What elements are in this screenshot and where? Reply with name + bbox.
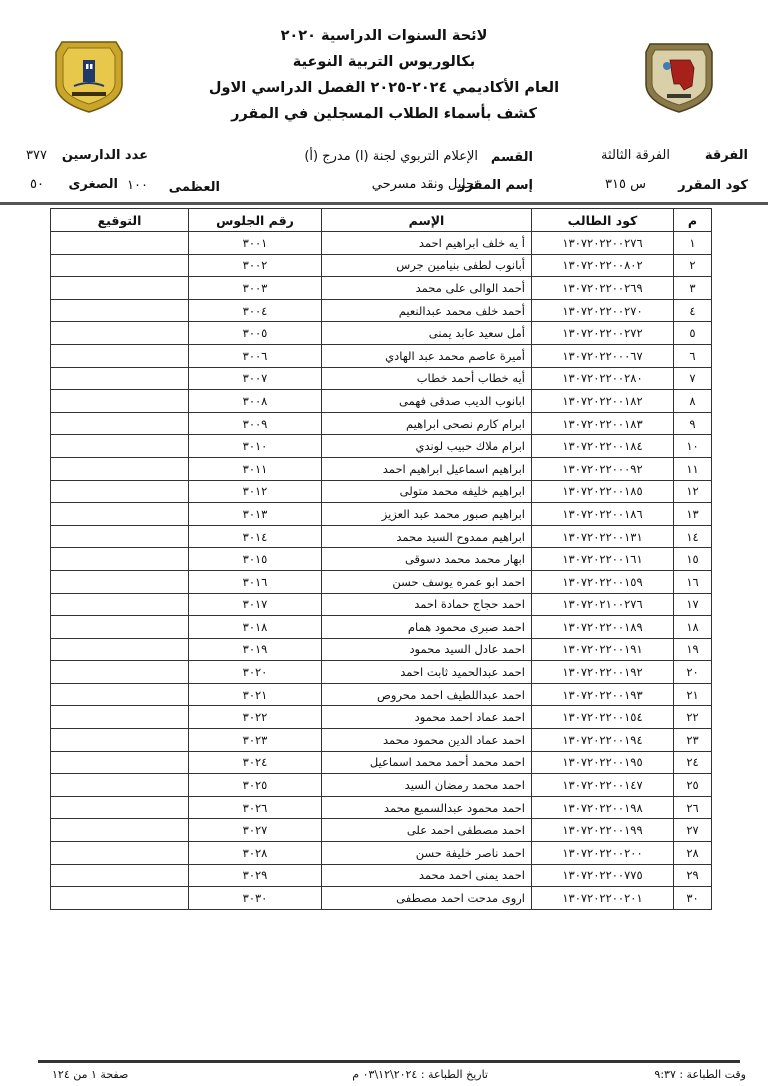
row-index: ١	[674, 232, 712, 255]
seat-number: ٣٠٢٢	[189, 706, 322, 729]
seat-number: ٣٠٢٩	[189, 864, 322, 887]
signature-cell	[51, 751, 189, 774]
signature-cell	[51, 819, 189, 842]
student-name: أيه خطاب أحمد خطاب	[322, 367, 532, 390]
seat-number: ٣٠١٣	[189, 503, 322, 526]
row-index: ١٢	[674, 480, 712, 503]
student-name: أمل سعيد عابد يمنى	[322, 322, 532, 345]
row-index: ٢١	[674, 683, 712, 706]
count-label: عدد الدارسين	[62, 148, 148, 163]
student-name: أحمد خلف محمد عبدالنعيم	[322, 299, 532, 322]
level-value: الفرقة الثالثة	[601, 148, 670, 163]
footer-separator	[38, 1060, 740, 1063]
student-name: احمد صبرى محمود همام	[322, 616, 532, 639]
signature-cell	[51, 457, 189, 480]
row-index: ١٧	[674, 593, 712, 616]
student-code: ١٣٠٧٢٠٢٢٠٠٠٦٧	[532, 344, 674, 367]
signature-cell	[51, 887, 189, 910]
table-row: ١٧١٣٠٧٢٠٢١٠٠٢٧٦احمد حجاج حمادة احمد٣٠١٧	[51, 593, 712, 616]
table-row: ٢٠١٣٠٧٢٠٢٢٠٠١٩٢احمد عبدالحميد ثابت احمد٣…	[51, 661, 712, 684]
seat-number: ٣٠٠٩	[189, 412, 322, 435]
student-name: احمد ابو عمره يوسف حسن	[322, 570, 532, 593]
seat-number: ٣٠٠٦	[189, 344, 322, 367]
row-index: ٢	[674, 254, 712, 277]
signature-cell	[51, 593, 189, 616]
student-name: احمد محمد رمضان السيد	[322, 774, 532, 797]
student-code: ١٣٠٧٢٠٢٢٠٠١٨٢	[532, 390, 674, 413]
signature-cell	[51, 729, 189, 752]
table-row: ١٩١٣٠٧٢٠٢٢٠٠١٩١احمد عادل السيد محمود٣٠١٩	[51, 638, 712, 661]
table-row: ١٣١٣٠٧٢٠٢٢٠٠١٨٦ابراهيم صبور محمد عبد الع…	[51, 503, 712, 526]
table-row: ٧١٣٠٧٢٠٢٢٠٠٢٨٠أيه خطاب أحمد خطاب٣٠٠٧	[51, 367, 712, 390]
student-name: اروى مدحت احمد مصطفى	[322, 887, 532, 910]
emblem-right-icon	[640, 38, 718, 114]
student-code: ١٣٠٧٢٠٢٢٠٠١٣١	[532, 525, 674, 548]
row-index: ٢٧	[674, 819, 712, 842]
signature-cell	[51, 412, 189, 435]
student-name: احمد ناصر خليفة حسن	[322, 842, 532, 865]
student-code: ١٣٠٧٢٠٢٢٠٠١٨٥	[532, 480, 674, 503]
seat-number: ٣٠٠٢	[189, 254, 322, 277]
seat-number: ٣٠١٢	[189, 480, 322, 503]
seat-number: ٣٠٠٧	[189, 367, 322, 390]
student-code: ١٣٠٧٢٠٢٢٠٠١٨٦	[532, 503, 674, 526]
dept-value: الإعلام التربوي لجنة (ا) مدرج (أ)	[304, 149, 478, 164]
row-index: ٢٢	[674, 706, 712, 729]
student-code: ١٣٠٧٢٠٢٢٠٠١٥٩	[532, 570, 674, 593]
table-row: ٢٣١٣٠٧٢٠٢٢٠٠١٩٤احمد عماد الدين محمود محم…	[51, 729, 712, 752]
student-name: أ يه خلف ابراهيم احمد	[322, 232, 532, 255]
table-row: ١٨١٣٠٧٢٠٢٢٠٠١٨٩احمد صبرى محمود همام٣٠١٨	[51, 616, 712, 639]
table-row: ٤١٣٠٧٢٠٢٢٠٠٢٧٠أحمد خلف محمد عبدالنعيم٣٠٠…	[51, 299, 712, 322]
signature-cell	[51, 435, 189, 458]
course-code-value: س ٣١٥	[605, 177, 646, 192]
student-name: ابانوب الديب صدقى فهمى	[322, 390, 532, 413]
min-grade-label: الصغرى	[69, 177, 119, 192]
signature-cell	[51, 548, 189, 571]
table-row: ٥١٣٠٧٢٠٢٢٠٠٢٧٢أمل سعيد عابد يمنى٣٠٠٥	[51, 322, 712, 345]
row-index: ٢٣	[674, 729, 712, 752]
student-name: ابراهيم صبور محمد عبد العزيز	[322, 503, 532, 526]
student-code: ١٣٠٧٢٠٢٢٠٠٢٧٦	[532, 232, 674, 255]
row-index: ٢٤	[674, 751, 712, 774]
seat-number: ٣٠١٤	[189, 525, 322, 548]
student-name: ابهار محمد محمد دسوقى	[322, 548, 532, 571]
signature-cell	[51, 322, 189, 345]
signature-cell	[51, 503, 189, 526]
table-row: ٨١٣٠٧٢٠٢٢٠٠١٨٢ابانوب الديب صدقى فهمى٣٠٠٨	[51, 390, 712, 413]
row-index: ١٦	[674, 570, 712, 593]
seat-number: ٣٠٢١	[189, 683, 322, 706]
col-header-signature: التوقيع	[51, 209, 189, 232]
title-line-2: بكالوريوس التربية النوعية	[0, 54, 768, 70]
title-line-3: العام الأكاديمي ٢٠٢٤-٢٠٢٥ الفصل الدراسي …	[0, 80, 768, 96]
row-index: ٣٠	[674, 887, 712, 910]
row-index: ٣	[674, 277, 712, 300]
student-code: ١٣٠٧٢٠٢٢٠٠٢٠١	[532, 887, 674, 910]
row-index: ١٠	[674, 435, 712, 458]
signature-cell	[51, 277, 189, 300]
student-code: ١٣٠٧٢٠٢٢٠٠١٤٧	[532, 774, 674, 797]
course-code-label: كود المقرر	[678, 178, 748, 193]
student-name: أبانوب لطفى بنيامين جرس	[322, 254, 532, 277]
signature-cell	[51, 706, 189, 729]
table-row: ١٢١٣٠٧٢٠٢٢٠٠١٨٥ابراهيم خليفه محمد متولى٣…	[51, 480, 712, 503]
student-name: ابراهيم ممدوح السيد محمد	[322, 525, 532, 548]
table-header-row: م كود الطالب الإسم رقم الجلوس التوقيع	[51, 209, 712, 232]
seat-number: ٣٠٢٨	[189, 842, 322, 865]
student-name: ابراهيم خليفه محمد متولى	[322, 480, 532, 503]
row-index: ١٨	[674, 616, 712, 639]
table-row: ٢٦١٣٠٧٢٠٢٢٠٠١٩٨احمد محمود عبدالسميع محمد…	[51, 796, 712, 819]
table-row: ٦١٣٠٧٢٠٢٢٠٠٠٦٧أميرة عاصم محمد عبد الهادي…	[51, 344, 712, 367]
seat-number: ٣٠٠٣	[189, 277, 322, 300]
table-row: ٢٩١٣٠٧٢٠٢٢٠٠٧٧٥احمد يمنى احمد محمد٣٠٢٩	[51, 864, 712, 887]
student-code: ١٣٠٧٢٠٢٢٠٠١٩٤	[532, 729, 674, 752]
seat-number: ٣٠١٥	[189, 548, 322, 571]
table-row: ٢٢١٣٠٧٢٠٢٢٠٠١٥٤احمد عماد احمد محمود٣٠٢٢	[51, 706, 712, 729]
signature-cell	[51, 661, 189, 684]
student-code: ١٣٠٧٢٠٢٢٠٠٨٠٢	[532, 254, 674, 277]
row-index: ٢٦	[674, 796, 712, 819]
table-row: ٣١٣٠٧٢٠٢٢٠٠٢٦٩أحمد الوالى على محمد٣٠٠٣	[51, 277, 712, 300]
row-index: ٢٥	[674, 774, 712, 797]
student-name: احمد محمد أحمد محمد اسماعيل	[322, 751, 532, 774]
seat-number: ٣٠٢٥	[189, 774, 322, 797]
seat-number: ٣٠١٦	[189, 570, 322, 593]
student-name: ابرام كارم نصحى ابراهيم	[322, 412, 532, 435]
max-grade-value: ١٠٠	[127, 178, 148, 193]
signature-cell	[51, 638, 189, 661]
row-index: ١٣	[674, 503, 712, 526]
student-name: احمد حجاج حمادة احمد	[322, 593, 532, 616]
student-code: ١٣٠٧٢٠٢٢٠٠٧٧٥	[532, 864, 674, 887]
title-line-4: كشف بأسماء الطلاب المسجلين في المقرر	[0, 106, 768, 122]
table-row: ١٥١٣٠٧٢٠٢٢٠٠١٦١ابهار محمد محمد دسوقى٣٠١٥	[51, 548, 712, 571]
student-name: احمد عماد احمد محمود	[322, 706, 532, 729]
seat-number: ٣٠٢٣	[189, 729, 322, 752]
signature-cell	[51, 299, 189, 322]
signature-cell	[51, 390, 189, 413]
student-name: احمد عماد الدين محمود محمد	[322, 729, 532, 752]
course-name-value: تحليل ونقد مسرحي	[372, 177, 478, 192]
signature-cell	[51, 616, 189, 639]
student-name: ابراهيم اسماعيل ابراهيم احمد	[322, 457, 532, 480]
signature-cell	[51, 683, 189, 706]
row-index: ٧	[674, 367, 712, 390]
student-code: ١٣٠٧٢٠٢١٠٠٢٧٦	[532, 593, 674, 616]
student-code: ١٣٠٧٢٠٢٢٠٠١٩٣	[532, 683, 674, 706]
signature-cell	[51, 796, 189, 819]
student-code: ١٣٠٧٢٠٢٢٠٠١٩٨	[532, 796, 674, 819]
row-index: ١٩	[674, 638, 712, 661]
row-index: ١٥	[674, 548, 712, 571]
count-value: ٣٧٧	[26, 148, 47, 163]
student-name: احمد عادل السيد محمود	[322, 638, 532, 661]
print-time: وقت الطباعة : ٩:٣٧	[654, 1068, 746, 1081]
student-code: ١٣٠٧٢٠٢٢٠٠١٨٣	[532, 412, 674, 435]
table-row: ١١١٣٠٧٢٠٢٢٠٠٠٩٢ابراهيم اسماعيل ابراهيم ا…	[51, 457, 712, 480]
student-code: ١٣٠٧٢٠٢٢٠٠١٩٢	[532, 661, 674, 684]
student-code: ١٣٠٧٢٠٢٢٠٠١٨٤	[532, 435, 674, 458]
row-index: ٩	[674, 412, 712, 435]
level-label: الفرقة	[705, 148, 748, 163]
dept-label: القسم	[491, 150, 533, 165]
table-body: ١١٣٠٧٢٠٢٢٠٠٢٧٦أ يه خلف ابراهيم احمد٣٠٠١٢…	[51, 232, 712, 910]
signature-cell	[51, 864, 189, 887]
table-row: ١٠١٣٠٧٢٠٢٢٠٠١٨٤ابرام ملاك حبيب لوندي٣٠١٠	[51, 435, 712, 458]
seat-number: ٣٠٠٥	[189, 322, 322, 345]
student-code: ١٣٠٧٢٠٢٢٠٠٠٩٢	[532, 457, 674, 480]
signature-cell	[51, 570, 189, 593]
col-header-name: الإسم	[322, 209, 532, 232]
student-name: احمد عبداللطيف احمد محروص	[322, 683, 532, 706]
signature-cell	[51, 367, 189, 390]
student-code: ١٣٠٧٢٠٢٢٠٠١٩١	[532, 638, 674, 661]
table-row: ٢١١٣٠٧٢٠٢٢٠٠١٩٣احمد عبداللطيف احمد محروص…	[51, 683, 712, 706]
seat-number: ٣٠١٨	[189, 616, 322, 639]
student-code: ١٣٠٧٢٠٢٢٠٠٢٦٩	[532, 277, 674, 300]
student-code: ١٣٠٧٢٠٢٢٠٠٢٧٠	[532, 299, 674, 322]
row-index: ٦	[674, 344, 712, 367]
title-line-1: لائحة السنوات الدراسية ٢٠٢٠	[0, 28, 768, 44]
signature-cell	[51, 525, 189, 548]
student-name: أحمد الوالى على محمد	[322, 277, 532, 300]
table-row: ٢٧١٣٠٧٢٠٢٢٠٠١٩٩احمد مصطفى احمد على٣٠٢٧	[51, 819, 712, 842]
max-grade-label: العظمى	[169, 180, 220, 195]
student-code: ١٣٠٧٢٠٢٢٠٠١٥٤	[532, 706, 674, 729]
signature-cell	[51, 232, 189, 255]
seat-number: ٣٠٢٧	[189, 819, 322, 842]
student-code: ١٣٠٧٢٠٢٢٠٠١٦١	[532, 548, 674, 571]
student-code: ١٣٠٧٢٠٢٢٠٠١٩٥	[532, 751, 674, 774]
signature-cell	[51, 480, 189, 503]
table-row: ٩١٣٠٧٢٠٢٢٠٠١٨٣ابرام كارم نصحى ابراهيم٣٠٠…	[51, 412, 712, 435]
table-row: ٢٤١٣٠٧٢٠٢٢٠٠١٩٥احمد محمد أحمد محمد اسماع…	[51, 751, 712, 774]
seat-number: ٣٠١١	[189, 457, 322, 480]
student-code: ١٣٠٧٢٠٢٢٠٠٢٧٢	[532, 322, 674, 345]
student-name: احمد يمنى احمد محمد	[322, 864, 532, 887]
student-name: أميرة عاصم محمد عبد الهادي	[322, 344, 532, 367]
row-index: ٢٩	[674, 864, 712, 887]
seat-number: ٣٠١٩	[189, 638, 322, 661]
row-index: ٢٠	[674, 661, 712, 684]
seat-number: ٣٠٣٠	[189, 887, 322, 910]
table-row: ٢٨١٣٠٧٢٠٢٢٠٠٢٠٠احمد ناصر خليفة حسن٣٠٢٨	[51, 842, 712, 865]
seat-number: ٣٠٠٤	[189, 299, 322, 322]
student-code: ١٣٠٧٢٠٢٢٠٠٢٨٠	[532, 367, 674, 390]
print-date: تاريخ الطباعة : ٢٠٢٤\١٢\٠٣ م	[352, 1068, 488, 1081]
signature-cell	[51, 344, 189, 367]
col-header-seat-number: رقم الجلوس	[189, 209, 322, 232]
table-row: ١٤١٣٠٧٢٠٢٢٠٠١٣١ابراهيم ممدوح السيد محمد٣…	[51, 525, 712, 548]
seat-number: ٣٠٢٠	[189, 661, 322, 684]
seat-number: ٣٠٢٦	[189, 796, 322, 819]
col-header-student-code: كود الطالب	[532, 209, 674, 232]
student-name: احمد عبدالحميد ثابت احمد	[322, 661, 532, 684]
student-code: ١٣٠٧٢٠٢٢٠٠٢٠٠	[532, 842, 674, 865]
page-number: صفحة ١ من ١٢٤	[52, 1068, 128, 1081]
table-row: ١٦١٣٠٧٢٠٢٢٠٠١٥٩احمد ابو عمره يوسف حسن٣٠١…	[51, 570, 712, 593]
student-name: ابرام ملاك حبيب لوندي	[322, 435, 532, 458]
emblem-left-icon	[50, 36, 128, 114]
row-index: ٨	[674, 390, 712, 413]
signature-cell	[51, 774, 189, 797]
table-row: ٢٥١٣٠٧٢٠٢٢٠٠١٤٧احمد محمد رمضان السيد٣٠٢٥	[51, 774, 712, 797]
header-separator	[0, 202, 768, 205]
col-header-index: م	[674, 209, 712, 232]
student-code: ١٣٠٧٢٠٢٢٠٠١٩٩	[532, 819, 674, 842]
seat-number: ٣٠١٠	[189, 435, 322, 458]
row-index: ٥	[674, 322, 712, 345]
table-row: ١١٣٠٧٢٠٢٢٠٠٢٧٦أ يه خلف ابراهيم احمد٣٠٠١	[51, 232, 712, 255]
row-index: ١٤	[674, 525, 712, 548]
signature-cell	[51, 254, 189, 277]
row-index: ١١	[674, 457, 712, 480]
min-grade-value: ٥٠	[30, 177, 44, 192]
university-emblem-logo	[640, 38, 718, 114]
signature-cell	[51, 842, 189, 865]
table-row: ٣٠١٣٠٧٢٠٢٢٠٠٢٠١اروى مدحت احمد مصطفى٣٠٣٠	[51, 887, 712, 910]
seat-number: ٣٠٠١	[189, 232, 322, 255]
student-roster-table: م كود الطالب الإسم رقم الجلوس التوقيع ١١…	[50, 208, 712, 910]
faculty-emblem-logo	[50, 36, 128, 112]
student-name: احمد محمود عبدالسميع محمد	[322, 796, 532, 819]
seat-number: ٣٠٠٨	[189, 390, 322, 413]
row-index: ٢٨	[674, 842, 712, 865]
student-name: احمد مصطفى احمد على	[322, 819, 532, 842]
row-index: ٤	[674, 299, 712, 322]
seat-number: ٣٠١٧	[189, 593, 322, 616]
student-code: ١٣٠٧٢٠٢٢٠٠١٨٩	[532, 616, 674, 639]
seat-number: ٣٠٢٤	[189, 751, 322, 774]
table-row: ٢١٣٠٧٢٠٢٢٠٠٨٠٢أبانوب لطفى بنيامين جرس٣٠٠…	[51, 254, 712, 277]
